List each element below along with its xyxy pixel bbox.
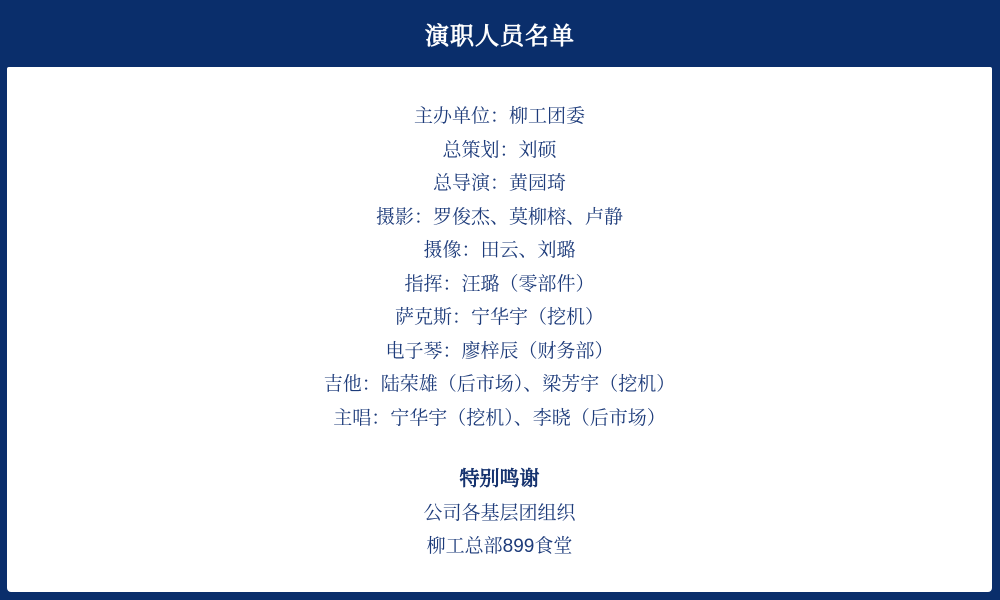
special-thanks-line-canteen: 柳工总部899食堂 xyxy=(7,530,992,564)
credit-line-chief-director: 总导演：黄园琦 xyxy=(7,167,992,201)
credit-line-saxophone: 萨克斯：宁华宇（挖机） xyxy=(7,301,992,335)
special-thanks-line-grassroots: 公司各基层团组织 xyxy=(7,497,992,531)
credits-slide: 演职人员名单 主办单位：柳工团委 总策划：刘硕 总导演：黄园琦 摄影：罗俊杰、莫… xyxy=(0,0,1000,600)
header-bar: 演职人员名单 xyxy=(0,0,1000,67)
credit-line-videography: 摄像：田云、刘璐 xyxy=(7,234,992,268)
credit-line-photography: 摄影：罗俊杰、莫柳榕、卢静 xyxy=(7,201,992,235)
credit-line-guitar: 吉他：陆荣雄（后市场）、梁芳宇（挖机） xyxy=(7,368,992,402)
credit-line-keyboard: 电子琴：廖梓辰（财务部） xyxy=(7,335,992,369)
credit-line-organizer: 主办单位：柳工团委 xyxy=(7,100,992,134)
special-thanks-heading: 特别鸣谢 xyxy=(7,463,992,497)
page-title: 演职人员名单 xyxy=(425,16,575,51)
credit-line-conductor: 指挥：汪璐（零部件） xyxy=(7,268,992,302)
credit-line-chief-planner: 总策划：刘硕 xyxy=(7,134,992,168)
credits-panel: 主办单位：柳工团委 总策划：刘硕 总导演：黄园琦 摄影：罗俊杰、莫柳榕、卢静 摄… xyxy=(7,67,992,592)
special-thanks-section: 特别鸣谢 公司各基层团组织 柳工总部899食堂 xyxy=(7,463,992,564)
credit-line-lead-vocal: 主唱：宁华宇（挖机）、李晓（后市场） xyxy=(7,402,992,436)
